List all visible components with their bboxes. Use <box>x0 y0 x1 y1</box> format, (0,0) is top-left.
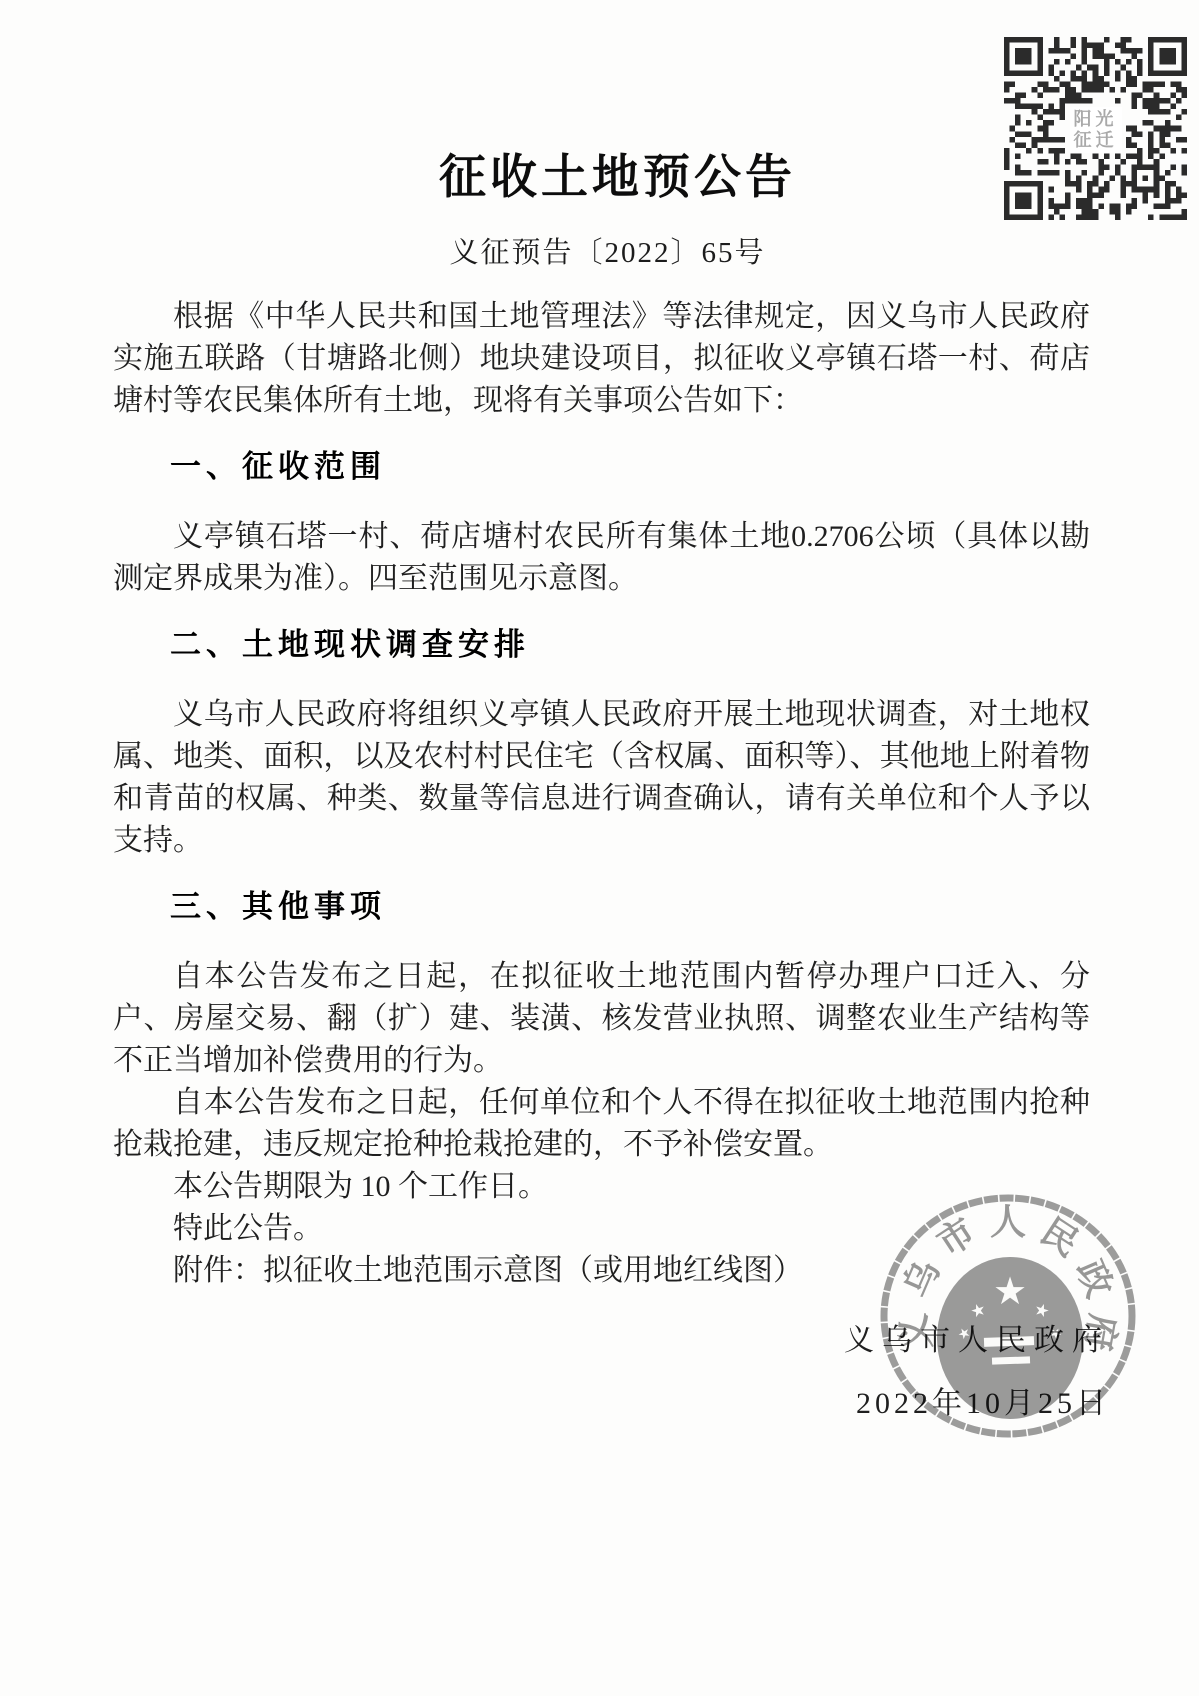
document-body: 根据《中华人民共和国土地管理法》等法律规定，因义乌市人民政府实施五联路（甘塘路北… <box>113 296 1090 1292</box>
issue-date: 2022年10月25日 <box>113 1383 1110 1425</box>
section-3-paragraph-1: 自本公告发布之日起，在拟征收土地范围内暂停办理户口迁入、分户、房屋交易、翻（扩）… <box>113 956 1090 1082</box>
section-1-paragraph: 义亭镇石塔一村、荷店塘村农民所有集体土地0.2706公顷（具体以勘测定界成果为准… <box>113 516 1090 600</box>
document-title: 征收土地预公告 <box>129 148 1106 208</box>
qr-label-line1: 阳光 <box>1074 109 1118 130</box>
intro-paragraph: 根据《中华人民共和国土地管理法》等法律规定，因义乌市人民政府实施五联路（甘塘路北… <box>113 296 1090 422</box>
section-2-heading: 二、土地现状调查安排 <box>113 624 1090 666</box>
scanned-notice-page: 阳光 征迁 征收土地预公告 义征预告〔2022〕65号 根据《中华人民共和国土地… <box>0 0 1199 1696</box>
section-3-heading: 三、其他事项 <box>113 886 1090 928</box>
document-number: 义征预告〔2022〕65号 <box>119 235 1096 271</box>
attachment-line: 附件：拟征收土地范围示意图（或用地红线图） <box>113 1250 1090 1292</box>
notice-period-line: 本公告期限为 10 个工作日。 <box>113 1166 1090 1208</box>
hereby-announced-line: 特此公告。 <box>113 1208 1090 1250</box>
section-3-paragraph-2: 自本公告发布之日起，任何单位和个人不得在拟征收土地范围内抢种抢栽抢建，违反规定抢… <box>113 1082 1090 1166</box>
section-2-paragraph: 义乌市人民政府将组织义亭镇人民政府开展土地现状调查，对土地权属、地类、面积，以及… <box>113 694 1090 862</box>
qr-center-label: 阳光 征迁 <box>1070 107 1122 153</box>
issuing-authority: 义乌市人民政府 <box>113 1320 1110 1362</box>
section-1-heading: 一、征收范围 <box>113 446 1090 488</box>
signature-block: 义乌市人民政府 2022年10月25日 <box>113 1320 1110 1425</box>
